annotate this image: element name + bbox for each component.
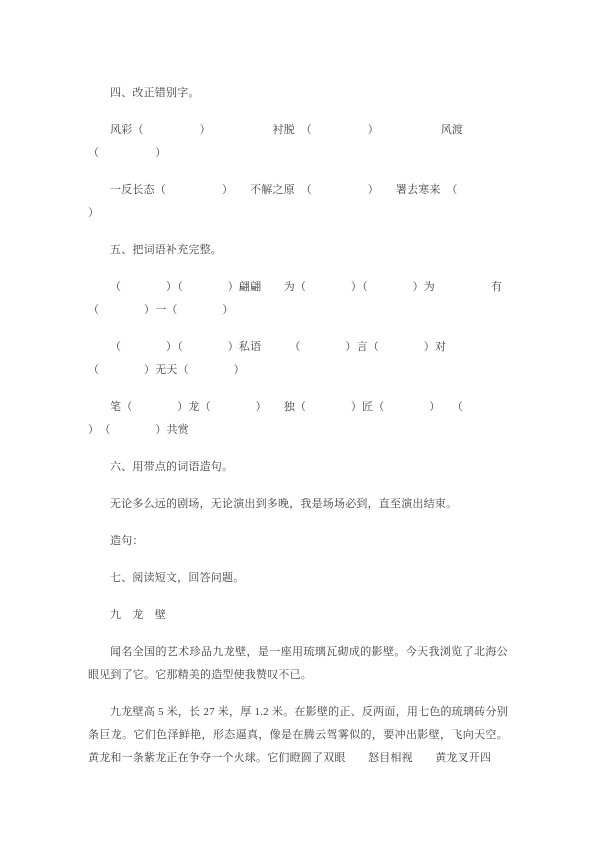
- fill-blank-line: （ ）无天（ ）: [88, 359, 508, 382]
- fill-blank-line: （ ）（ ）翩翩 为（ ）（ ）为 有: [88, 276, 508, 299]
- section-reading-heading: 七、阅读短文，回答问题。: [88, 567, 508, 590]
- section-reading-heading-block: 七、阅读短文，回答问题。: [88, 567, 508, 590]
- sentence-prompt: 造句：: [88, 530, 508, 553]
- passage-line: 条巨龙。它们色泽鲜艳，形态逼真，像是在腾云驾雾似的，要冲出影壁，飞向天空。你看，…: [88, 724, 508, 747]
- example-sentence: 无论多么远的剧场，无论演出到多晚，我是场场必到，直至演出结束。: [88, 493, 508, 516]
- passage-paragraph-2: 九龙壁高 5 米，长 27 米，厚 1.2 米。在影壁的正、反两面，用七色的琉璃…: [88, 701, 508, 770]
- fill-blank-line: ） （ ）共赏: [88, 419, 508, 442]
- passage-title: 九 龙 壁: [88, 604, 508, 627]
- fill-blank-line: 一反长态（ ） 不解之原 （ ） 署去寒来 （: [88, 179, 508, 202]
- section-correct-typos-heading: 四、改正错别字。: [88, 82, 508, 105]
- fill-blank-line: ）: [88, 202, 508, 225]
- document-page: 四、改正错别字。 风彩（ ） 衬脱 （ ） 风渡 （ ） 一反长态（ ） 不解之…: [0, 0, 596, 842]
- fill-blank-line: （ ）: [88, 142, 508, 165]
- passage-line: 黄龙和一条紫龙正在争夺一个火球。它们瞪圆了双眼 怒目相视 黄龙叉开四: [88, 747, 508, 770]
- passage-paragraph-1: 闻名全国的艺术珍品九龙壁，是一座用琉璃瓦砌成的影壁。今天我浏览了北海公园，亲 眼…: [88, 641, 508, 687]
- passage-line: 九龙壁高 5 米，长 27 米，厚 1.2 米。在影壁的正、反两面，用七色的琉璃…: [88, 701, 508, 724]
- fill-blank-line: 风彩（ ） 衬脱 （ ） 风渡: [88, 119, 508, 142]
- fill-blank-line: （ ）一（ ）: [88, 299, 508, 322]
- passage-line: 眼见到了它。它那精美的造型使我赞叹不已。: [88, 664, 508, 687]
- fill-blank-line: 笔（ ）龙（ ） 独（ ）匠（ ） （: [88, 396, 508, 419]
- section-complete-words-heading-block: 五、把词语补充完整。: [88, 239, 508, 262]
- complete-words-row3: 笔（ ）龙（ ） 独（ ）匠（ ） （ ） （ ）共赏: [88, 396, 508, 442]
- section-complete-words-heading: 五、把词语补充完整。: [88, 239, 508, 262]
- fill-blank-line: （ ）（ ）私语 （ ）言（ ）对: [88, 336, 508, 359]
- section-sentence-making-heading-block: 六、用带点的词语造句。: [88, 456, 508, 479]
- sentence-making-example-block: 无论多么远的剧场，无论演出到多晚，我是场场必到，直至演出结束。: [88, 493, 508, 516]
- section-correct-typos-heading-block: 四、改正错别字。: [88, 82, 508, 105]
- passage-title-block: 九 龙 壁: [88, 604, 508, 627]
- sentence-making-prompt-block: 造句：: [88, 530, 508, 553]
- correct-typos-row1: 风彩（ ） 衬脱 （ ） 风渡 （ ）: [88, 119, 508, 165]
- correct-typos-row2: 一反长态（ ） 不解之原 （ ） 署去寒来 （ ）: [88, 179, 508, 225]
- complete-words-row2: （ ）（ ）私语 （ ）言（ ）对 （ ）无天（ ）: [88, 336, 508, 382]
- section-sentence-making-heading: 六、用带点的词语造句。: [88, 456, 508, 479]
- complete-words-row1: （ ）（ ）翩翩 为（ ）（ ）为 有 （ ）一（ ）: [88, 276, 508, 322]
- passage-line: 闻名全国的艺术珍品九龙壁，是一座用琉璃瓦砌成的影壁。今天我浏览了北海公园，亲: [88, 641, 508, 664]
